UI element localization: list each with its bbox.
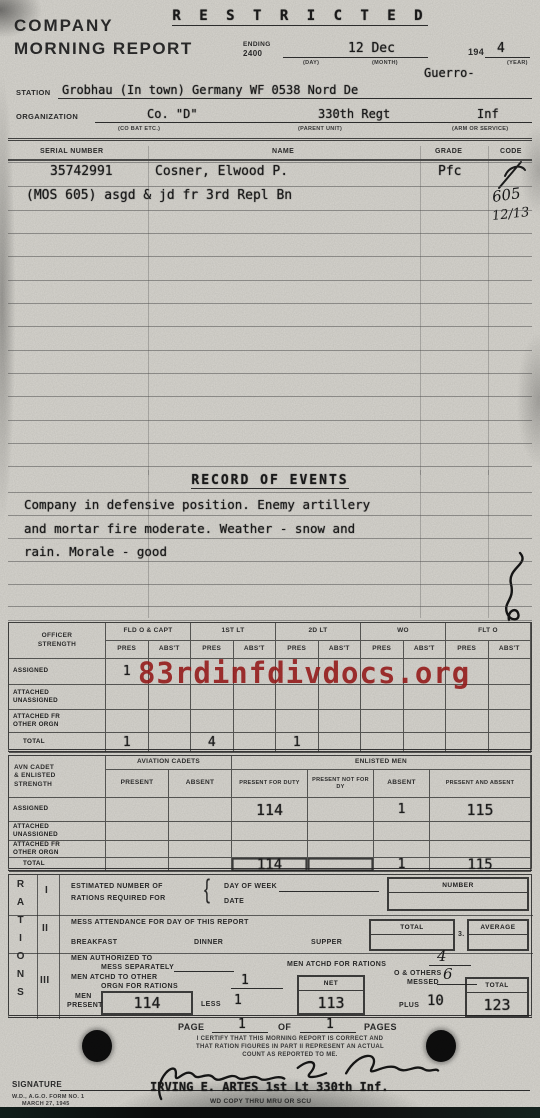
report-date: 12 Dec bbox=[348, 41, 395, 56]
officer-attachedfr-value bbox=[404, 710, 447, 733]
enlisted-attached-l2: UNASSIGNED bbox=[13, 831, 58, 839]
enlisted-assigned-value bbox=[169, 798, 232, 822]
officer-attachedfr-value bbox=[446, 710, 489, 733]
rations-numeral-iii: III bbox=[40, 975, 50, 986]
officer-attachedfr-value bbox=[489, 710, 532, 733]
officer-attached-l1: ATTACHED bbox=[13, 689, 49, 697]
rations-total-box: TOTAL 123 bbox=[465, 977, 529, 1017]
officer-total-value bbox=[234, 733, 277, 753]
ending-label: ENDING bbox=[243, 41, 271, 48]
brace-glyph: { bbox=[204, 874, 210, 906]
number-box: NUMBER bbox=[387, 877, 529, 911]
station-value: Grobhau (In town) Germany WF 0538 Nord D… bbox=[62, 83, 358, 97]
officer-row-total-label: TOTAL bbox=[9, 733, 106, 753]
officer-attached-value bbox=[489, 685, 532, 710]
plus-value: 10 bbox=[427, 993, 444, 1009]
column-divider bbox=[420, 146, 421, 475]
officer-row-attached-label: ATTACHED UNASSIGNED bbox=[9, 685, 106, 710]
rations-vline-1 bbox=[37, 875, 38, 1019]
enlisted-attachedfr-value bbox=[374, 841, 430, 858]
officer-attachedfr-value bbox=[319, 710, 362, 733]
officer-total-value bbox=[489, 733, 532, 753]
officer-row-assigned-label: ASSIGNED bbox=[9, 659, 106, 685]
entry-grade: Pfc bbox=[438, 164, 461, 179]
enlisted-table-corner: AVN CADET & ENLISTED STRENGTH bbox=[9, 756, 106, 798]
officer-table-corner: OFFICER STRENGTH bbox=[9, 623, 106, 659]
ruled-line bbox=[8, 492, 532, 493]
officer-title-1: OFFICER bbox=[42, 632, 73, 640]
enlisted-attachedfr-value bbox=[169, 841, 232, 858]
pages-value: 1 bbox=[326, 1017, 334, 1032]
enlisted-total-value: 1 bbox=[374, 858, 430, 872]
less-value: 1 bbox=[234, 993, 242, 1008]
org-parent-sublabel: (PARENT UNIT) bbox=[298, 126, 342, 132]
month-sublabel: (MONTH) bbox=[372, 60, 398, 66]
rations-ii-line: MESS ATTENDANCE FOR DAY OF THIS REPORT bbox=[71, 919, 249, 926]
others-messed-label2: MESSED bbox=[407, 979, 439, 986]
ruled-line bbox=[8, 326, 532, 327]
officer-group-2dlt: 2D LT bbox=[276, 623, 361, 641]
signed-name-typed: IRVING E. ARTES 1st Lt 330th Inf. bbox=[150, 1080, 388, 1094]
column-divider bbox=[488, 146, 489, 475]
ending-value: 2400 bbox=[243, 49, 262, 58]
ruled-line bbox=[8, 443, 532, 444]
net-box-label: NET bbox=[299, 977, 363, 991]
em-pfd-hdr: PRESENT FOR DUTY bbox=[232, 770, 308, 798]
org-unit-value: Co. "D" bbox=[147, 107, 198, 121]
atchd-other-label1: MEN ATCHD TO OTHER bbox=[71, 974, 157, 981]
officer-total-value bbox=[446, 733, 489, 753]
pages-label: PAGES bbox=[364, 1022, 397, 1032]
header-divider bbox=[8, 138, 532, 141]
date-underline bbox=[283, 57, 428, 58]
mess-average-label: AVERAGE bbox=[469, 921, 527, 935]
handwritten-signature bbox=[149, 1040, 441, 1105]
bottom-scan-edge bbox=[0, 1107, 540, 1118]
net-box-value: 113 bbox=[299, 991, 363, 1015]
enlisted-attached-value bbox=[169, 822, 232, 841]
form-title-line2: MORNING REPORT bbox=[14, 39, 193, 59]
classification-text: R E S T R I C T E D bbox=[172, 8, 427, 26]
org-arm-sublabel: (ARM OR SERVICE) bbox=[452, 126, 508, 132]
enlisted-attachedfr-value bbox=[430, 841, 531, 858]
number-box-value bbox=[389, 893, 527, 911]
enlisted-total-value: 115 bbox=[430, 858, 531, 872]
year-sublabel: (YEAR) bbox=[507, 60, 528, 66]
rations-numeral-i: I bbox=[45, 885, 48, 896]
rations-section: RATIONS I II III ESTIMATED NUMBER OF RAT… bbox=[8, 874, 532, 1018]
station-label: STATION bbox=[16, 88, 51, 97]
organization-label: ORGANIZATION bbox=[16, 112, 78, 121]
officer-total-value bbox=[319, 733, 362, 753]
plus-label: PLUS bbox=[399, 1002, 419, 1009]
entry-remark: (MOS 605) asgd & jd fr 3rd Repl Bn bbox=[26, 188, 292, 203]
code-header: CODE bbox=[500, 148, 522, 155]
ruled-line bbox=[8, 561, 532, 562]
enlisted-total-value: 114 bbox=[232, 858, 308, 872]
code-605-handwritten: 605 bbox=[491, 184, 522, 206]
ruled-line bbox=[8, 233, 532, 234]
rations-hline-2 bbox=[9, 953, 533, 954]
ruled-line bbox=[8, 620, 532, 621]
enlisted-attached-l1: ATTACHED bbox=[13, 823, 49, 831]
of-label: OF bbox=[278, 1022, 291, 1032]
rations-i-line1: ESTIMATED NUMBER OF bbox=[71, 883, 163, 890]
ruled-line bbox=[8, 606, 532, 607]
enlisted-attached-label: ATTACHED UNASSIGNED bbox=[9, 822, 106, 841]
enlisted-attached-value bbox=[106, 822, 169, 841]
enlisted-attached-value bbox=[232, 822, 308, 841]
officer-total-value bbox=[361, 733, 404, 753]
officer-title-2: STRENGTH bbox=[38, 641, 76, 649]
enlisted-title-1: AVN CADET bbox=[14, 764, 54, 772]
ruled-line bbox=[8, 515, 532, 516]
punch-hole-left bbox=[82, 1030, 112, 1062]
column-divider bbox=[148, 470, 149, 618]
mess-average-value bbox=[469, 935, 527, 951]
enlisted-total-value bbox=[169, 858, 232, 872]
personnel-header-underline bbox=[8, 159, 532, 161]
officer-group-flto: FLT O bbox=[446, 623, 531, 641]
rations-side-word: RATIONS bbox=[15, 879, 26, 1015]
enlisted-attached-value bbox=[374, 822, 430, 841]
ruled-line bbox=[8, 162, 532, 163]
ruled-line bbox=[8, 538, 532, 539]
mess-separately-label2: MESS SEPARATELY bbox=[101, 964, 174, 971]
men-present-label1: MEN bbox=[75, 993, 92, 1000]
org-unit-sublabel: (CO BAT ETC.) bbox=[118, 126, 160, 132]
code-date-handwritten: 12/13 bbox=[491, 205, 530, 224]
station-underline bbox=[58, 98, 532, 99]
grade-header: GRADE bbox=[435, 148, 462, 155]
officer-attachedfr-value bbox=[276, 710, 319, 733]
entry-name: Cosner, Elwood P. bbox=[155, 164, 288, 179]
enlisted-men-group: ENLISTED MEN bbox=[232, 756, 531, 770]
enlisted-attachedfr-value bbox=[308, 841, 374, 858]
record-of-events-title: RECORD OF EVENTS bbox=[120, 473, 420, 488]
avcadet-present-hdr: PRESENT bbox=[106, 770, 169, 798]
enlisted-attachedfr-value bbox=[106, 841, 169, 858]
supper-label: SUPPER bbox=[311, 939, 342, 946]
others-messed-value: 6 bbox=[443, 965, 453, 983]
officer-assigned-value bbox=[489, 659, 532, 685]
rations-ii-note: 3. bbox=[458, 931, 465, 938]
officer-group-fldcapt: FLD O & CAPT bbox=[106, 623, 191, 641]
breakfast-label: BREAKFAST bbox=[71, 939, 117, 946]
ruled-line bbox=[8, 256, 532, 257]
officer-row-attachedfr-label: ATTACHED FR OTHER ORGN bbox=[9, 710, 106, 733]
cert-line1: I CERTIFY THAT THIS MORNING REPORT IS CO… bbox=[130, 1036, 450, 1042]
page-label: PAGE bbox=[178, 1022, 204, 1032]
others-messed-label1: O & OTHERS bbox=[394, 970, 442, 977]
wd-copy-line: WD COPY THRU MRU OR SCU bbox=[210, 1098, 311, 1105]
officer-attachedfr-value bbox=[191, 710, 234, 733]
rations-day-of-week-label: DAY OF WEEK bbox=[224, 883, 277, 890]
organization-underline bbox=[95, 122, 532, 123]
em-pnfd-hdr: PRESENT NOT FOR DY bbox=[308, 770, 374, 798]
page-value: 1 bbox=[238, 1017, 246, 1032]
form-id-line1: W.D., A.G.O. FORM NO. 1 bbox=[12, 1094, 84, 1100]
officer-total-value: 1 bbox=[106, 733, 149, 753]
officer-total-value: 1 bbox=[276, 733, 319, 753]
ruled-line bbox=[8, 420, 532, 421]
morning-report-scan: R E S T R I C T E D COMPANY MORNING REPO… bbox=[0, 0, 540, 1118]
dinner-label: DINNER bbox=[194, 939, 223, 946]
column-divider bbox=[420, 470, 421, 618]
mess-separately-underline bbox=[174, 971, 234, 972]
enlisted-attachedfr-l2: OTHER ORGN bbox=[13, 849, 59, 857]
ruled-line bbox=[8, 350, 532, 351]
day-sublabel: (DAY) bbox=[303, 60, 319, 66]
enlisted-attachedfr-value bbox=[232, 841, 308, 858]
enlisted-attachedfr-l1: ATTACHED FR bbox=[13, 841, 60, 849]
officer-attachedfr-l2: OTHER ORGN bbox=[13, 721, 59, 729]
less-label: LESS bbox=[201, 1001, 221, 1008]
officer-attachedfr-value bbox=[361, 710, 404, 733]
enlisted-assigned-value bbox=[308, 798, 374, 822]
officer-total-value: 4 bbox=[191, 733, 234, 753]
officer-attachedfr-l1: ATTACHED FR bbox=[13, 713, 60, 721]
page-underline bbox=[212, 1032, 268, 1033]
enlisted-assigned-value: 114 bbox=[232, 798, 308, 822]
enlisted-total-value bbox=[106, 858, 169, 872]
day-of-week-underline bbox=[279, 891, 379, 892]
rations-total-label: TOTAL bbox=[467, 979, 527, 993]
enlisted-title-3: STRENGTH bbox=[14, 781, 52, 789]
events-line1: Company in defensive position. Enemy art… bbox=[24, 497, 370, 512]
enlisted-attachedfr-label: ATTACHED FR OTHER ORGN bbox=[9, 841, 106, 858]
name-header: NAME bbox=[272, 148, 294, 155]
enlisted-total-label: TOTAL bbox=[9, 858, 106, 872]
mess-total-label: TOTAL bbox=[371, 921, 453, 935]
atchd-for-rations-label: MEN ATCHD FOR RATIONS bbox=[287, 961, 386, 968]
men-present-box: 114 bbox=[101, 991, 193, 1015]
org-arm-value: Inf bbox=[477, 107, 499, 121]
enlisted-assigned-value: 1 bbox=[374, 798, 430, 822]
events-line3: rain. Morale - good bbox=[24, 544, 167, 559]
enlisted-total-value bbox=[308, 858, 374, 872]
year-value: 4 bbox=[497, 41, 505, 56]
ruled-line bbox=[8, 373, 532, 374]
officer-attached-l2: UNASSIGNED bbox=[13, 697, 58, 705]
serial-number-header: SERIAL NUMBER bbox=[40, 148, 103, 155]
ruled-line bbox=[8, 466, 532, 467]
enlisted-attached-value bbox=[308, 822, 374, 841]
column-divider bbox=[148, 146, 149, 475]
ruled-line bbox=[8, 210, 532, 211]
enlisted-title-2: & ENLISTED bbox=[14, 772, 56, 780]
rations-vline-2 bbox=[59, 875, 60, 1019]
column-divider bbox=[488, 470, 489, 618]
enlisted-assigned-label: ASSIGNED bbox=[9, 798, 106, 822]
officer-subhdr-abst: ABS'T bbox=[489, 641, 532, 659]
number-box-label: NUMBER bbox=[389, 879, 527, 893]
signature-label: SIGNATURE bbox=[12, 1080, 62, 1089]
site-watermark: 83rdinfdivdocs.org bbox=[138, 656, 470, 690]
officer-total-value bbox=[404, 733, 447, 753]
station-overflow: Guerro- bbox=[424, 66, 475, 80]
officer-attachedfr-value bbox=[106, 710, 149, 733]
ruled-line bbox=[8, 280, 532, 281]
rations-i-line2: RATIONS REQUIRED FOR bbox=[71, 895, 166, 902]
year-prefix: 194 bbox=[468, 47, 484, 57]
rations-date-label: DATE bbox=[224, 898, 244, 905]
ruled-line bbox=[8, 186, 532, 187]
officer-total-value bbox=[149, 733, 192, 753]
atchd-other-value: 1 bbox=[241, 973, 249, 988]
atchd-other-label2: ORGN FOR RATIONS bbox=[101, 983, 178, 990]
enlisted-attached-value bbox=[430, 822, 531, 841]
rations-hline-1 bbox=[9, 915, 533, 916]
men-present-label2: PRESENT bbox=[67, 1002, 103, 1009]
form-title-line1: COMPANY bbox=[14, 16, 114, 36]
atchd-other-underline bbox=[231, 988, 283, 989]
atchd-for-rations-value: 4 bbox=[437, 947, 447, 965]
entry-serial: 35742991 bbox=[50, 164, 113, 179]
officer-group-wo: WO bbox=[361, 623, 446, 641]
ruled-line bbox=[8, 584, 532, 585]
aviation-cadets-group: AVIATION CADETS bbox=[106, 756, 232, 770]
officer-attachedfr-value bbox=[234, 710, 277, 733]
enlisted-assigned-value: 115 bbox=[430, 798, 531, 822]
rations-numeral-ii: II bbox=[42, 923, 48, 934]
classification-banner: R E S T R I C T E D bbox=[140, 8, 460, 24]
enlisted-assigned-value bbox=[106, 798, 169, 822]
pages-underline bbox=[300, 1032, 356, 1033]
year-underline bbox=[485, 57, 530, 58]
enlisted-strength-table: AVN CADET & ENLISTED STRENGTH AVIATION C… bbox=[8, 755, 532, 871]
ruled-line bbox=[8, 396, 532, 397]
events-line2: and mortar fire moderate. Weather - snow… bbox=[24, 521, 355, 536]
mess-separately-label1: MEN AUTHORIZED TO bbox=[71, 955, 152, 962]
mess-average-box: AVERAGE bbox=[467, 919, 529, 951]
em-absent-hdr: ABSENT bbox=[374, 770, 430, 798]
officer-attachedfr-value bbox=[149, 710, 192, 733]
officer-group-1stlt: 1ST LT bbox=[191, 623, 276, 641]
em-pa-hdr: PRESENT AND ABSENT bbox=[430, 770, 531, 798]
record-of-events-text: RECORD OF EVENTS bbox=[191, 473, 348, 489]
org-parent-value: 330th Regt bbox=[318, 107, 390, 121]
ruled-line bbox=[8, 303, 532, 304]
net-box: NET 113 bbox=[297, 975, 365, 1015]
avcadet-absent-hdr: ABSENT bbox=[169, 770, 232, 798]
rations-total-value: 123 bbox=[467, 993, 527, 1017]
